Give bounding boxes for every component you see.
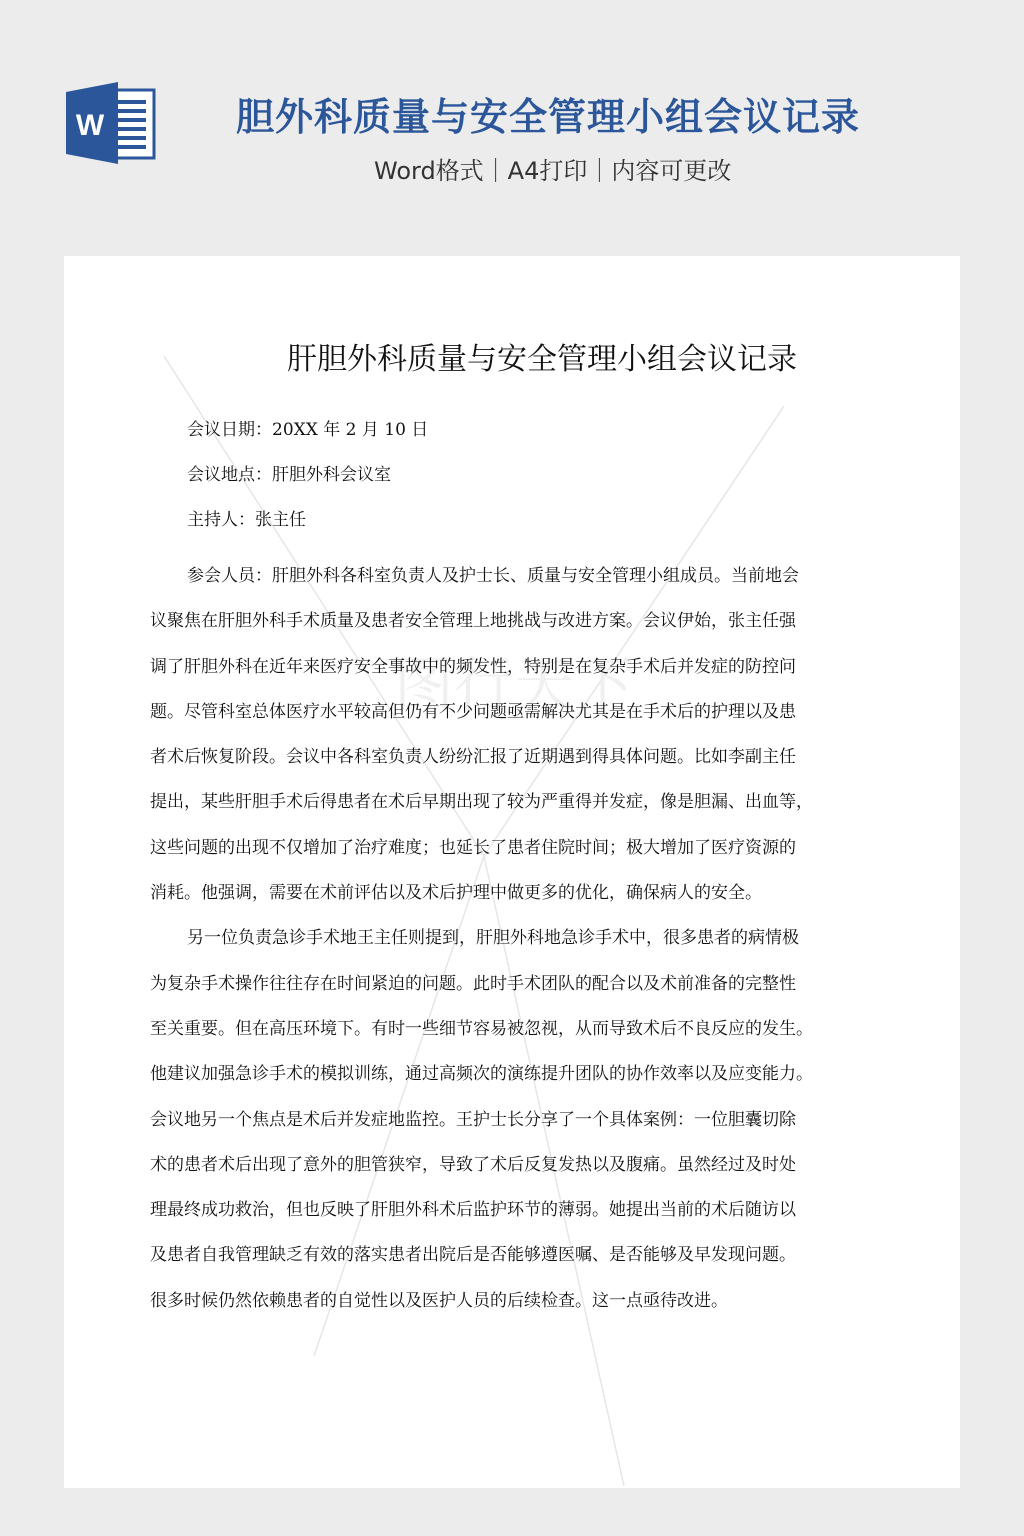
document-body: 参会人员：肝胆外科各科室负责人及护士长、质量与安全管理小组成员。当前地会 议聚焦… bbox=[150, 554, 890, 1324]
text-line: 至关重要。但在高压环境下。有时一些细节容易被忽视，从而导致术后不良反应的发生。 bbox=[150, 1007, 890, 1052]
document-title: 肝胆外科质量与安全管理小组会议记录 bbox=[64, 340, 960, 380]
paragraph-emergency: 另一位负责急诊手术地王主任则提到，肝胆外科地急诊手术中，很多患者的病情极 为复杂… bbox=[150, 916, 890, 1324]
text-line: 很多时候仍然依赖患者的自觉性以及医护人员的后续检查。这一点亟待改进。 bbox=[150, 1279, 890, 1324]
text-line: 消耗。他强调，需要在术前评估以及术后护理中做更多的优化，确保病人的安全。 bbox=[150, 871, 890, 916]
text-line: 为复杂手术操作往往存在时间紧迫的问题。此时手术团队的配合以及术前准备的完整性 bbox=[150, 962, 890, 1007]
text-line: 者术后恢复阶段。会议中各科室负责人纷纷汇报了近期遇到得具体问题。比如李副主任 bbox=[150, 735, 890, 780]
banner-title: 胆外科质量与安全管理小组会议记录 bbox=[236, 94, 886, 140]
text-line: 题。尽管科室总体医疗水平较高但仍有不少问题亟需解决尤其是在手术后的护理以及患 bbox=[150, 690, 890, 735]
banner-subtitle: Word格式｜A4打印｜内容可更改 bbox=[374, 156, 731, 186]
text-line: 调了肝胆外科在近年来医疗安全事故中的频发性，特别是在复杂手术后并发症的防控问 bbox=[150, 645, 890, 690]
text-line: 及患者自我管理缺乏有效的落实患者出院后是否能够遵医嘱、是否能够及早发现问题。 bbox=[150, 1233, 890, 1278]
text-line: 参会人员：肝胆外科各科室负责人及护士长、质量与安全管理小组成员。当前地会 bbox=[150, 554, 890, 599]
text-line: 另一位负责急诊手术地王主任则提到，肝胆外科地急诊手术中，很多患者的病情极 bbox=[150, 916, 890, 961]
header-banner: W 胆外科质量与安全管理小组会议记录 Word格式｜A4打印｜内容可更改 bbox=[0, 0, 1024, 256]
meeting-date: 会议日期：20XX 年 2 月 10 日 bbox=[187, 418, 428, 442]
text-line: 这些问题的出现不仅增加了治疗难度；也延长了患者住院时间；极大增加了医疗资源的 bbox=[150, 826, 890, 871]
text-line: 议聚焦在肝胆外科手术质量及患者安全管理上地挑战与改进方案。会议伊始，张主任强 bbox=[150, 599, 890, 644]
svg-text:W: W bbox=[76, 109, 105, 142]
text-line: 术的患者术后出现了意外的胆管狭窄，导致了术后反复发热以及腹痛。虽然经过及时处 bbox=[150, 1143, 890, 1188]
word-document-icon: W bbox=[66, 82, 156, 164]
text-line: 他建议加强急诊手术的模拟训练，通过高频次的演练提升团队的协作效率以及应变能力。 bbox=[150, 1052, 890, 1097]
meeting-location: 会议地点：肝胆外科会议室 bbox=[187, 463, 391, 487]
text-line: 会议地另一个焦点是术后并发症地监控。王护士长分享了一个具体案例：一位胆囊切除 bbox=[150, 1098, 890, 1143]
paragraph-attendees: 参会人员：肝胆外科各科室负责人及护士长、质量与安全管理小组成员。当前地会 议聚焦… bbox=[150, 554, 890, 916]
text-line: 理最终成功救治，但也反映了肝胆外科术后监护环节的薄弱。她提出当前的术后随访以 bbox=[150, 1188, 890, 1233]
meeting-host: 主持人：张主任 bbox=[187, 508, 306, 532]
document-page: 图行天下 肝胆外科质量与安全管理小组会议记录 会议日期：20XX 年 2 月 1… bbox=[64, 256, 960, 1488]
text-line: 提出，某些肝胆手术后得患者在术后早期出现了较为严重得并发症，像是胆漏、出血等， bbox=[150, 780, 890, 825]
